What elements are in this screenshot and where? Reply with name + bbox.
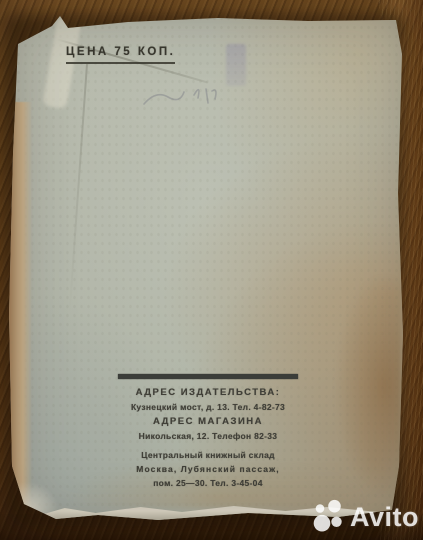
address-line-shop-heading: АДРЕС МАГАЗИНА: [118, 416, 298, 427]
avito-logo-icon: [311, 499, 347, 535]
avito-wordmark: Avito: [350, 504, 419, 531]
price-stamp: ЦЕНА 75 КОП.: [66, 46, 175, 64]
address-block: АДРЕС ИЗДАТЕЛЬСТВА: Кузнецкий мост, д. 1…: [118, 374, 298, 492]
divider-bar: [118, 374, 298, 379]
address-line-shop: Никольская, 12. Телефон 82-33: [118, 431, 298, 441]
address-line-publisher: Кузнецкий мост, д. 13. Тел. 4-82-73: [118, 402, 298, 412]
photo: ЦЕНА 75 КОП. АДРЕС ИЗДАТЕЛЬСТВА: Кузнецк…: [0, 0, 423, 540]
address-line-warehouse: Центральный книжный склад: [118, 450, 298, 460]
avito-watermark: Avito: [311, 499, 419, 535]
book-back-cover: ЦЕНА 75 КОП. АДРЕС ИЗДАТЕЛЬСТВА: Кузнецк…: [8, 14, 405, 522]
address-line-publisher-heading: АДРЕС ИЗДАТЕЛЬСТВА:: [118, 387, 298, 398]
address-line-rooms-phone: пом. 25—30. Тел. 3-45-04: [118, 478, 298, 488]
pencil-scribble: [136, 70, 236, 120]
address-line-city: Москва, Лубянский пассаж,: [118, 464, 298, 474]
